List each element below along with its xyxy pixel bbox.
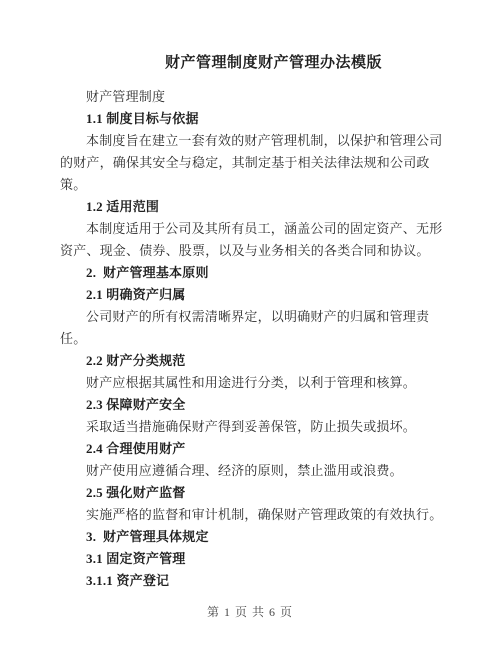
section-heading: 1.1 制度目标与依据 bbox=[60, 108, 454, 130]
section-heading: 3.1.1 资产登记 bbox=[60, 570, 454, 592]
paragraph: 公司财产的所有权需清晰界定，以明确财产的归属和管理责任。 bbox=[60, 306, 454, 350]
section-heading: 2.2 财产分类规范 bbox=[60, 350, 454, 372]
paragraph: 财产使用应遵循合理、经济的原则，禁止滥用或浪费。 bbox=[60, 460, 454, 482]
document-page: 财产管理制度财产管理办法模版 财产管理制度1.1 制度目标与依据本制度旨在建立一… bbox=[0, 0, 500, 647]
paragraph: 本制度旨在建立一套有效的财产管理机制，以保护和管理公司的财产，确保其安全与稳定，… bbox=[60, 130, 454, 196]
section-heading: 2. 财产管理基本原则 bbox=[60, 262, 454, 284]
paragraph: 采取适当措施确保财产得到妥善保管，防止损失或损坏。 bbox=[60, 416, 454, 438]
page-number-footer: 第 1 页 共 6 页 bbox=[0, 604, 500, 620]
paragraph: 财产管理制度 bbox=[60, 86, 454, 108]
section-heading: 2.1 明确资产归属 bbox=[60, 284, 454, 306]
paragraph: 财产应根据其属性和用途进行分类，以利于管理和核算。 bbox=[60, 372, 454, 394]
section-heading: 1.2 适用范围 bbox=[60, 196, 454, 218]
paragraph: 实施严格的监督和审计机制，确保财产管理政策的有效执行。 bbox=[60, 504, 454, 526]
document-body: 财产管理制度1.1 制度目标与依据本制度旨在建立一套有效的财产管理机制，以保护和… bbox=[60, 86, 454, 592]
section-heading: 2.4 合理使用财产 bbox=[60, 438, 454, 460]
paragraph: 本制度适用于公司及其所有员工，涵盖公司的固定资产、无形资产、现金、债券、股票，以… bbox=[60, 218, 454, 262]
section-heading: 2.3 保障财产安全 bbox=[60, 394, 454, 416]
document-title: 财产管理制度财产管理办法模版 bbox=[60, 50, 457, 76]
section-heading: 2.5 强化财产监督 bbox=[60, 482, 454, 504]
section-heading: 3.1 固定资产管理 bbox=[60, 548, 454, 570]
section-heading: 3. 财产管理具体规定 bbox=[60, 526, 454, 548]
